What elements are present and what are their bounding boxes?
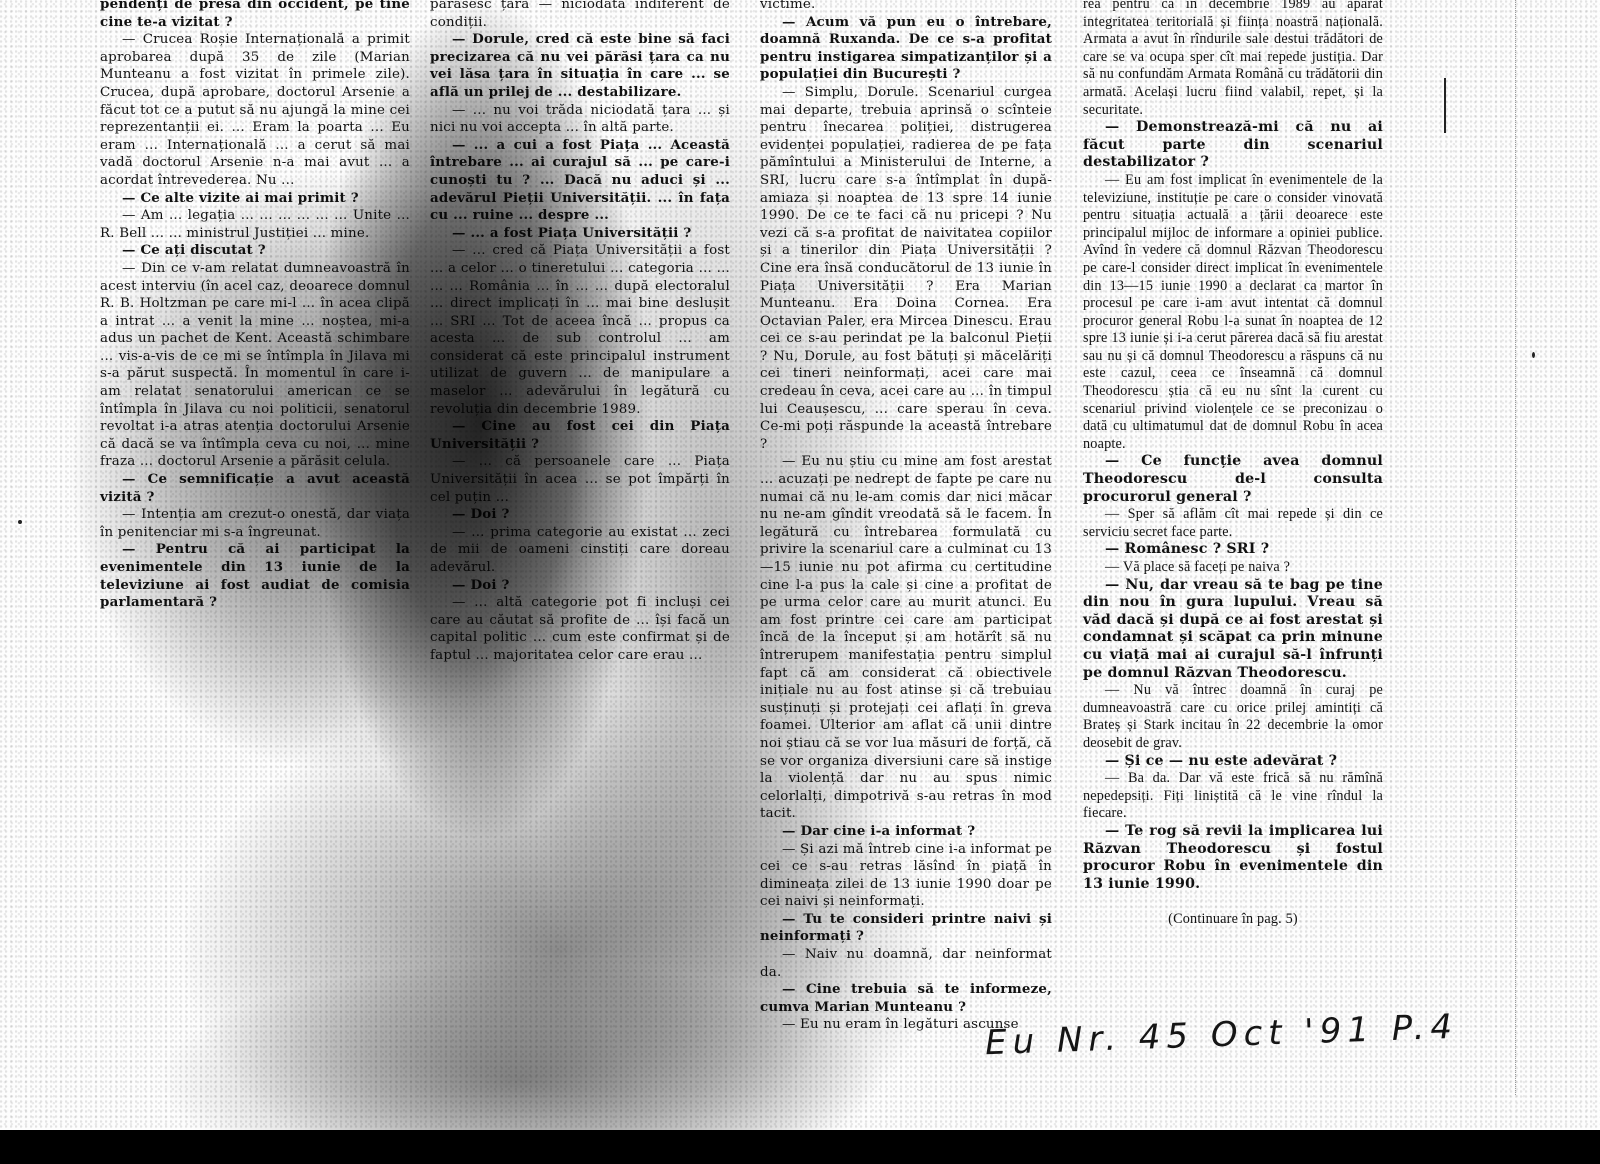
interview-question: — Ce ați discutat ?: [100, 242, 410, 260]
article-column-3: victime.— Acum vă pun eu o întrebare, do…: [760, 0, 1052, 1034]
interview-question: — Te rog să revii la implicarea lui Răzv…: [1083, 823, 1383, 893]
interview-answer: — Eu nu știu cu mine am fost arestat ...…: [760, 453, 1052, 822]
interview-question: — Acum vă pun eu o întrebare, doamnă Rux…: [760, 14, 1052, 84]
interview-answer: — Și azi mă întreb cine i-a informat pe …: [760, 841, 1052, 911]
margin-mark: [1444, 78, 1446, 133]
handwritten-note: Eu Nr. 45 Oct '91 P.4: [984, 1007, 1458, 1063]
interview-answer: — Sper să aflăm cît mai repede și din ce…: [1083, 506, 1383, 541]
interview-answer: — ... prima categorie au existat ... zec…: [430, 524, 730, 577]
interview-question: — Ce alte vizite ai mai primit ?: [100, 190, 410, 208]
interview-question: — Doi ?: [430, 506, 730, 524]
interview-answer: — Vă place să faceți pe naiva ?: [1083, 559, 1383, 577]
scan-bottom-border: [0, 1130, 1600, 1164]
interview-question: — ... a fost Piața Universității ?: [430, 225, 730, 243]
interview-answer: — Intenția am crezut-o onestă, dar viața…: [100, 506, 410, 541]
interview-answer: — Ba da. Dar vă este frică să nu rămînă …: [1083, 770, 1383, 823]
scanned-newspaper-page: pendenți de presă din occident, pe tine …: [0, 0, 1600, 1130]
continuation-note: (Continuare în pag. 5): [1083, 911, 1383, 929]
interview-answer: — Simplu, Dorule. Scenariul curgea mai d…: [760, 84, 1052, 453]
article-column-4: rea pentru că în decembrie 1989 au apăra…: [1083, 0, 1383, 929]
interview-answer: — Naiv nu doamnă, dar neinformat da.: [760, 946, 1052, 981]
ink-speck: [18, 520, 22, 524]
interview-answer: — Nu vă întrec doamnă în curaj pe dumnea…: [1083, 682, 1383, 752]
article-column-1: pendenți de presă din occident, pe tine …: [100, 0, 410, 612]
interview-answer: victime.: [760, 0, 1052, 14]
interview-answer: — ... cred că Piața Universității a fost…: [430, 242, 730, 418]
interview-question: — Cine au fost cei din Piața Universităț…: [430, 418, 730, 453]
interview-question: — Nu, dar vreau să te bag pe tine din no…: [1083, 577, 1383, 683]
interview-answer: — Am ... legația ... ... ... ... ... ...…: [100, 207, 410, 242]
interview-question: — Demonstrează-mi că nu ai făcut parte d…: [1083, 119, 1383, 172]
interview-question: — Dorule, cred că este bine să faci prec…: [430, 31, 730, 101]
interview-question: — Pentru că ai participat la evenimentel…: [100, 541, 410, 611]
interview-question: — Doi ?: [430, 577, 730, 595]
interview-answer: rea pentru că în decembrie 1989 au apăra…: [1083, 0, 1383, 119]
interview-answer: părăsesc țara — niciodată indiferent de …: [430, 0, 730, 31]
interview-question: — Ce semnificație a avut această vizită …: [100, 471, 410, 506]
page-edge-line: [1515, 0, 1517, 1095]
article-column-2: părăsesc țara — niciodată indiferent de …: [430, 0, 730, 665]
interview-question: pendenți de presă din occident, pe tine …: [100, 0, 410, 31]
interview-question: — ... a cui a fost Piața ... Această înt…: [430, 137, 730, 225]
interview-answer: — Din ce v-am relatat dumneavoastră în a…: [100, 260, 410, 471]
ink-speck: [1532, 352, 1535, 358]
interview-answer: — ... nu voi trăda niciodată țara ... și…: [430, 102, 730, 137]
interview-answer: — Eu am fost implicat în evenimentele de…: [1083, 172, 1383, 454]
interview-question: — Dar cine i-a informat ?: [760, 823, 1052, 841]
interview-question: — Cine trebuia să te informeze, cumva Ma…: [760, 981, 1052, 1016]
interview-question: — Și ce — nu este adevărat ?: [1083, 753, 1383, 771]
interview-answer: — ... că persoanele care ... Piața Unive…: [430, 453, 730, 506]
interview-answer: — ... altă categorie pot fi incluși cei …: [430, 594, 730, 664]
interview-question: — Românesc ? SRI ?: [1083, 541, 1383, 559]
interview-question: — Ce funcție avea domnul Theodorescu de-…: [1083, 453, 1383, 506]
interview-question: — Tu te consideri printre naivi și neinf…: [760, 911, 1052, 946]
interview-answer: — Crucea Roșie Internațională a primit a…: [100, 31, 410, 189]
